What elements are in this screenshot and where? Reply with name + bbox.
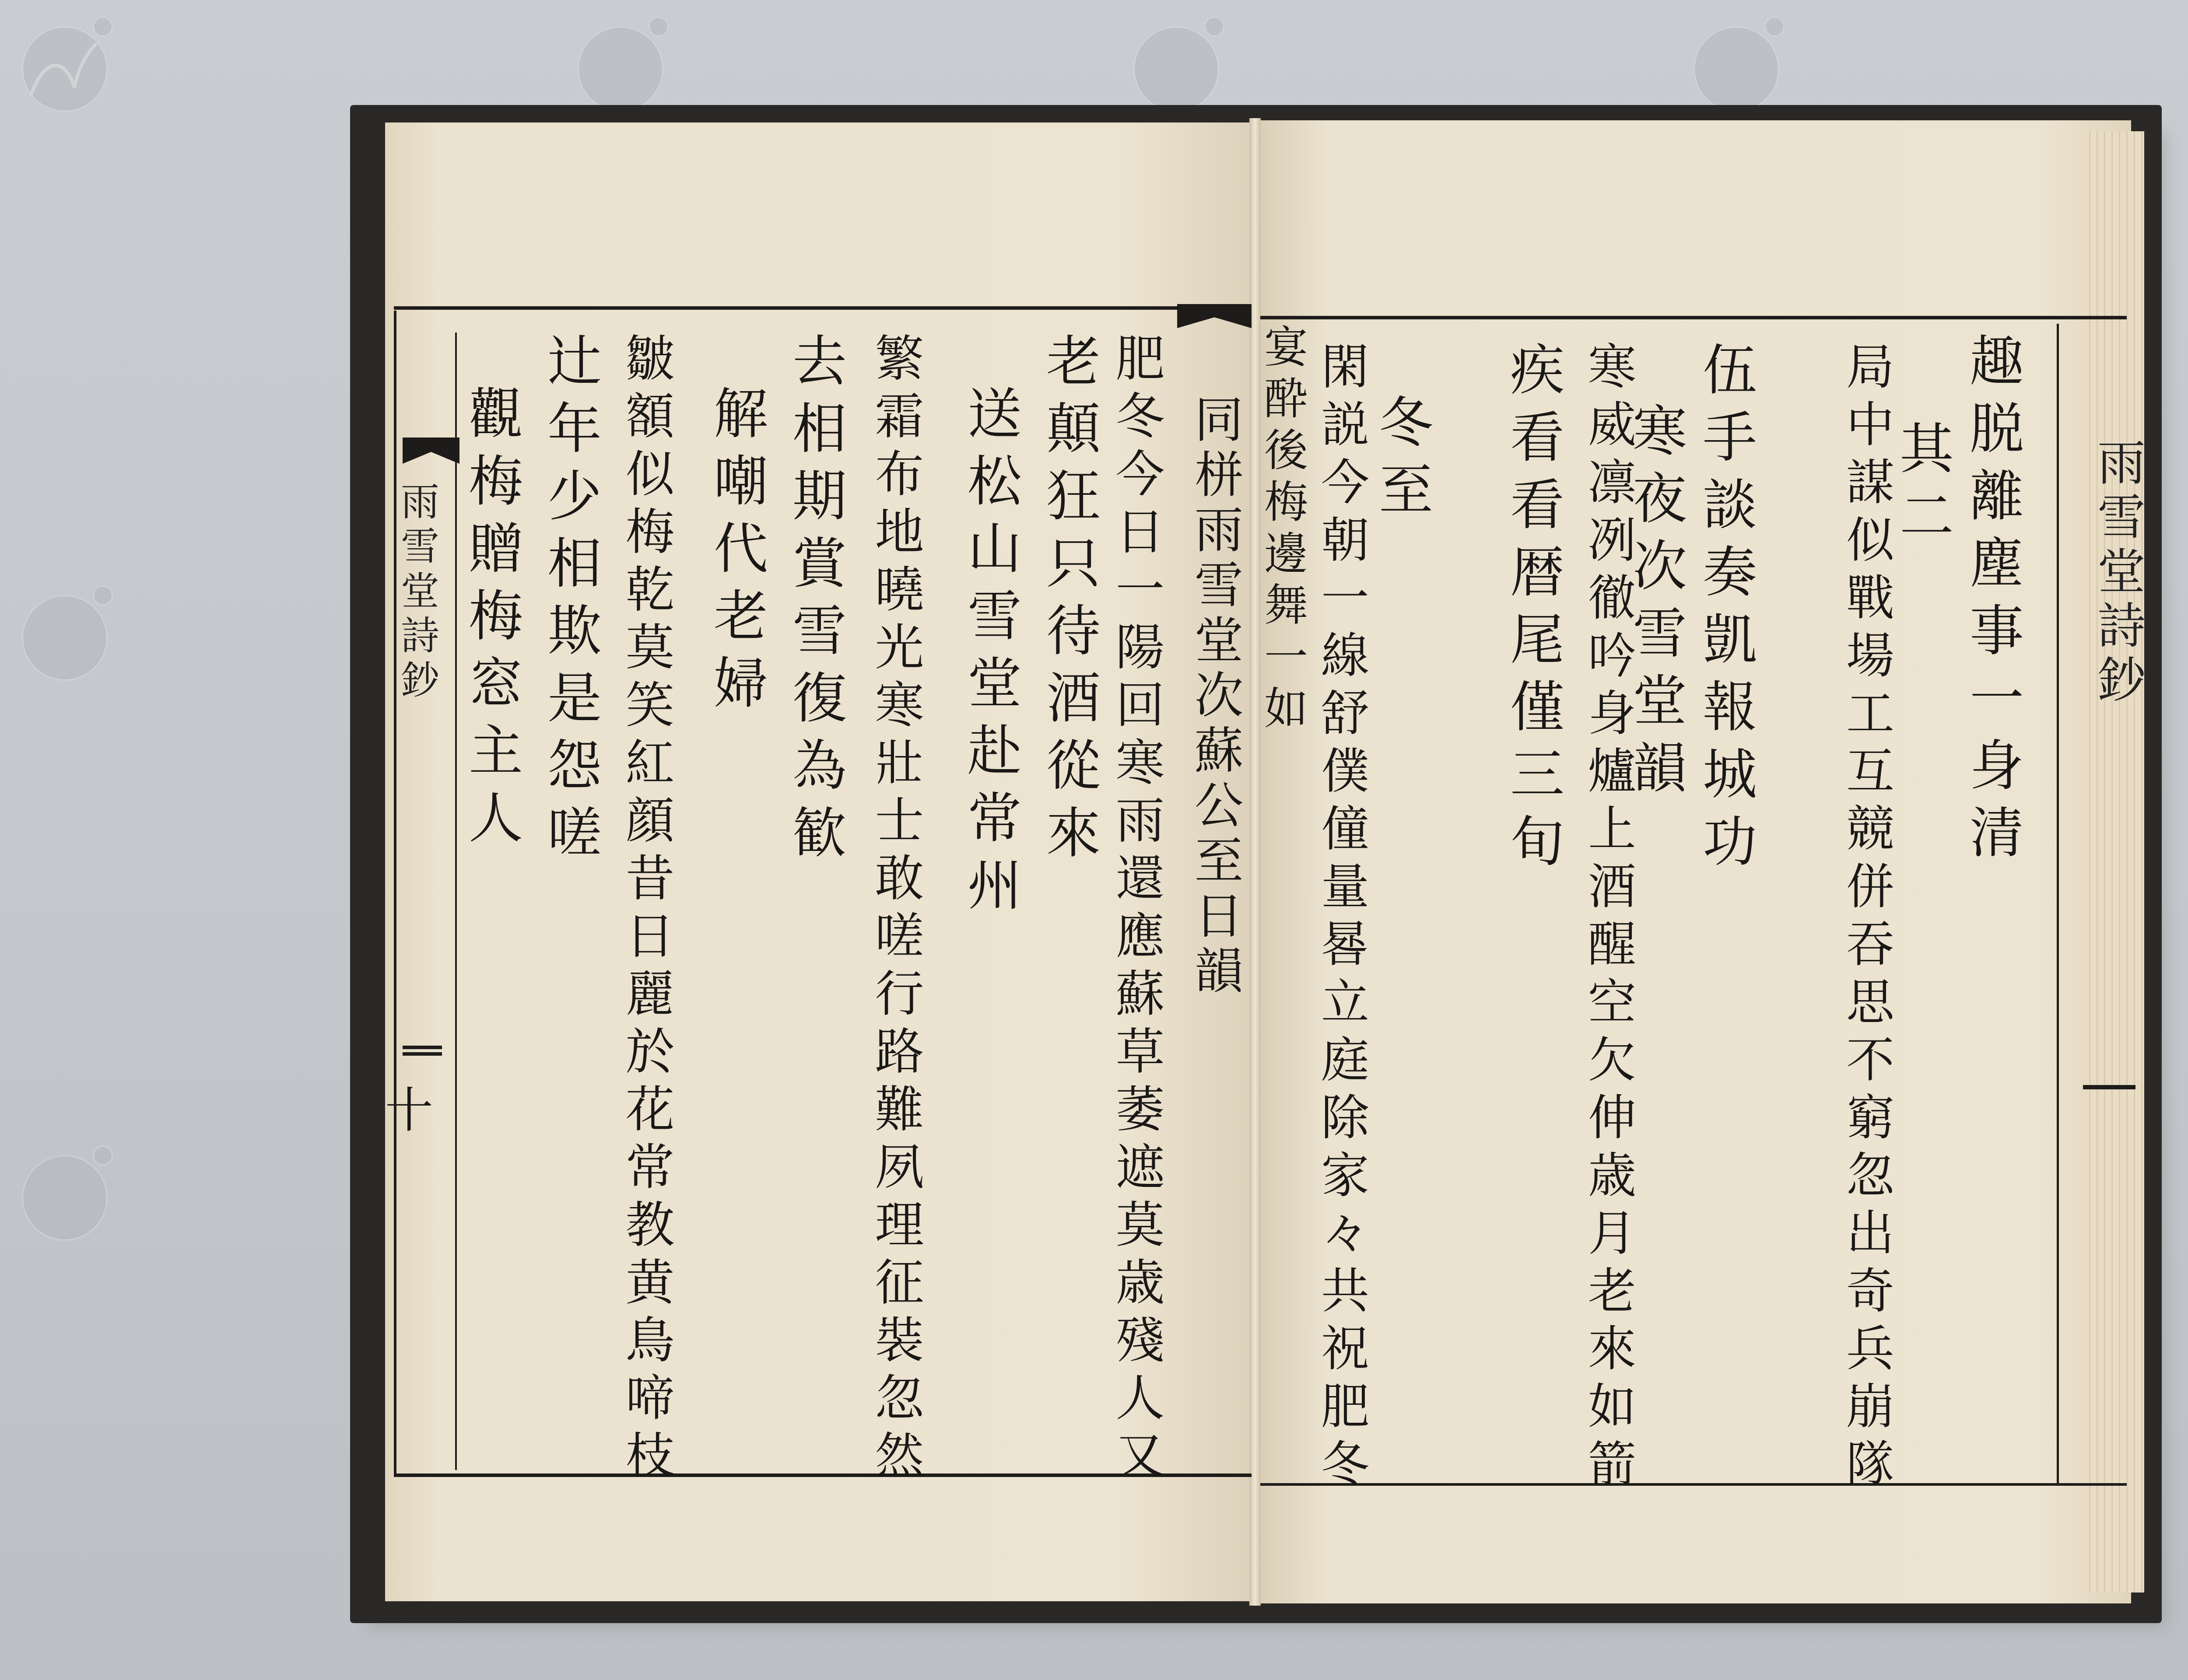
watermark-logo bbox=[1680, 9, 1785, 114]
text-column: 送松山雪堂赴常州 bbox=[963, 385, 1017, 924]
frame-bottom-rule-right bbox=[1260, 1483, 2127, 1486]
watermark-logo bbox=[9, 577, 114, 682]
text-column: 辻年少相欺是怨嗟 bbox=[543, 332, 597, 871]
text-column: 伍手談奏凱報城功 bbox=[1698, 341, 1752, 880]
text-column: 老顛狂只待酒從來 bbox=[1041, 332, 1096, 871]
fishtail-mark-left-lower-2 bbox=[403, 1052, 442, 1056]
text-column: 肥冬今日一陽回寒雨還應蘇草萎遮莫歳殘人又 bbox=[1112, 332, 1161, 1487]
text-column: 冬至 bbox=[1374, 394, 1428, 528]
watermark-logo bbox=[9, 1137, 114, 1242]
frame-top-rule-left bbox=[394, 306, 1252, 310]
watermark-logo bbox=[9, 9, 114, 114]
frame-inner-line-left bbox=[455, 332, 457, 1470]
text-column: 去相期賞雪復為歓 bbox=[788, 332, 842, 871]
text-column: 皺額似梅乾莫笑紅顔昔日麗於花常教黄鳥啼枝 bbox=[621, 332, 670, 1487]
folio-number: 十 bbox=[385, 1072, 433, 1141]
right-margin-title: 雨雪堂詩鈔 bbox=[2083, 437, 2152, 709]
watermark-logo bbox=[1120, 9, 1225, 114]
watermark-logo bbox=[565, 9, 670, 114]
text-column: 繁霜布地曉光寒壯士敢嗟行路難夙理征裝忽然 bbox=[871, 332, 920, 1487]
fishtail-mark-right bbox=[2083, 1085, 2135, 1089]
frame-inner-line-right bbox=[2057, 324, 2059, 1483]
text-column: 同栟雨雪堂次蘇公至日韻 bbox=[1190, 394, 1239, 1000]
fishtail-mark-left-lower bbox=[403, 1046, 442, 1049]
text-column: 宴酔後梅邊舞一如 bbox=[1260, 324, 1304, 737]
text-column: 趣脱離塵事一身清 bbox=[1965, 332, 2019, 871]
text-column: 其二 bbox=[1895, 420, 1949, 555]
text-column: 疾看看暦尾僅三旬 bbox=[1505, 341, 1560, 880]
watermark-n-icon bbox=[26, 39, 101, 101]
text-column: 觀梅贈梅窓主人 bbox=[464, 385, 518, 857]
left-margin-title: 雨雪堂詩鈔 bbox=[389, 481, 445, 704]
page-edges bbox=[2083, 131, 2144, 1592]
text-column: 解嘲代老婦 bbox=[709, 385, 763, 722]
frame-top-rule-right bbox=[1260, 316, 2127, 319]
text-column: 局中謀似戰場工互競併吞思不窮忽出奇兵崩隊 bbox=[1842, 341, 1890, 1496]
text-column: 閑説今朝一線舒僕僮量晷立庭除家々共祝肥冬 bbox=[1317, 341, 1365, 1496]
text-column: 寒威凛冽徹吟身爐上酒醒空欠伸歳月老來如箭 bbox=[1584, 341, 1632, 1496]
